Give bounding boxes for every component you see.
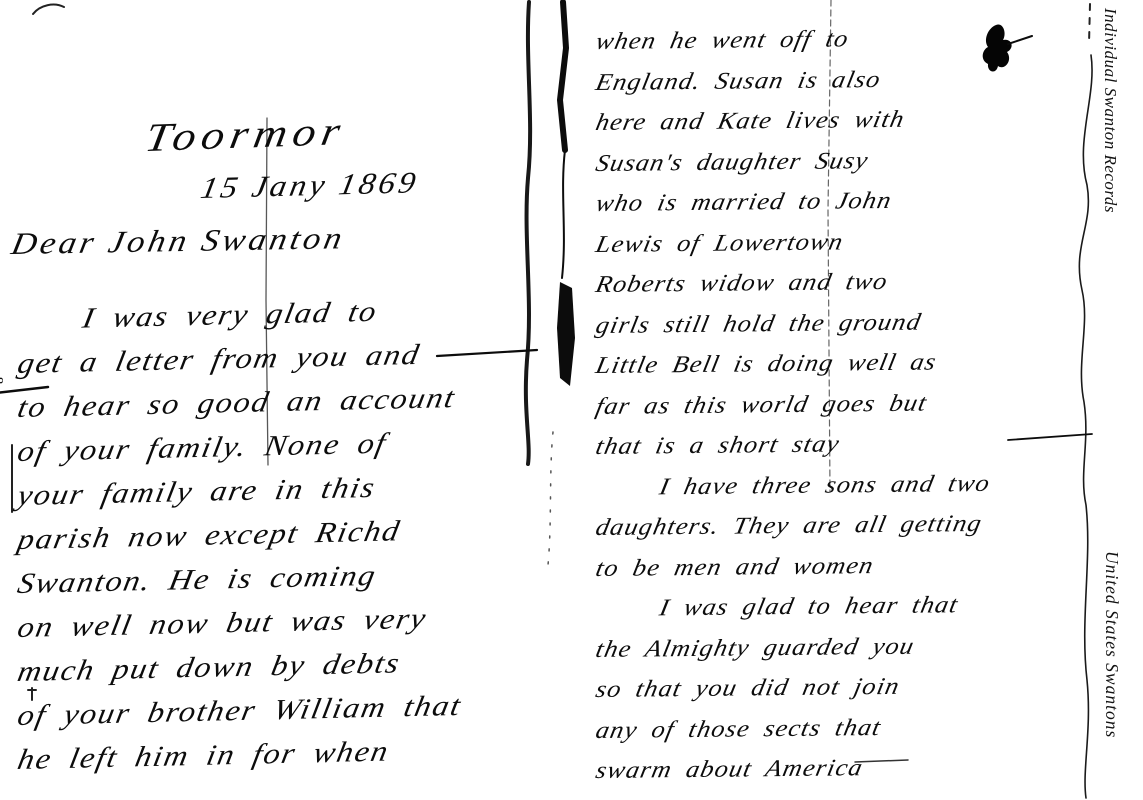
handwritten-line: I have three sons and two — [592, 463, 994, 508]
handwritten-line: when he went off to — [592, 18, 994, 63]
torn-edge-right — [1079, 55, 1092, 798]
handwritten-line: Lewis of Lowertown — [592, 220, 994, 265]
handwritten-line: daughters. They are all getting — [592, 504, 994, 549]
fold-tear-blob — [557, 282, 575, 386]
margin-label-united-states-swantons: United States Swantons — [1101, 551, 1122, 738]
handwritten-line: here and Kate lives with — [592, 99, 994, 144]
letter-body-right: when he went off toEngland. Susan is als… — [596, 22, 954, 792]
letter-place: Toormor — [142, 107, 350, 161]
handwritten-line: Susan's daughter Susy — [592, 139, 994, 184]
handwritten-line: England. Susan is also — [592, 58, 994, 103]
ink-blot-stroke — [1008, 36, 1032, 44]
handwritten-line: Little Bell is doing well as — [592, 342, 994, 387]
dash-after-but — [1008, 434, 1092, 440]
letter-date: 15 Jany 1869 — [198, 166, 422, 206]
top-left-curve-mark — [33, 5, 64, 14]
letter-scan: Toormor 15 Jany 1869 Dear John Swanton I… — [0, 0, 1143, 800]
handwritten-line: so that you did not join — [592, 666, 994, 711]
letter-body-left: I was very glad toget a letter from you … — [18, 298, 414, 782]
handwritten-line: swarm about America — [592, 747, 994, 792]
handwritten-line: Roberts widow and two — [592, 261, 994, 306]
handwritten-line: girls still hold the ground — [592, 301, 994, 346]
fold-tear-right-mid — [562, 150, 565, 278]
page-edge-number: 8 — [0, 377, 5, 385]
handwritten-line: he left him in for when — [14, 728, 466, 782]
handwritten-line: far as this world goes but — [592, 382, 994, 427]
margin-label-individual-swanton-records: Individual Swanton Records — [1100, 8, 1120, 213]
handwritten-line: the Almighty guarded you — [592, 625, 994, 670]
fold-tear-right-top — [560, 2, 566, 150]
handwritten-line: that is a short stay — [592, 423, 994, 468]
fold-fade-dots — [548, 432, 553, 565]
handwritten-line: I was glad to hear that — [592, 585, 994, 630]
handwritten-line: any of those sects that — [592, 706, 994, 751]
letter-salutation: Dear John Swanton — [8, 220, 348, 262]
torn-edge-dashes — [1089, 4, 1090, 44]
fold-tear-left — [526, 2, 530, 464]
handwritten-line: to be men and women — [592, 544, 994, 589]
handwritten-line: who is married to John — [592, 180, 994, 225]
